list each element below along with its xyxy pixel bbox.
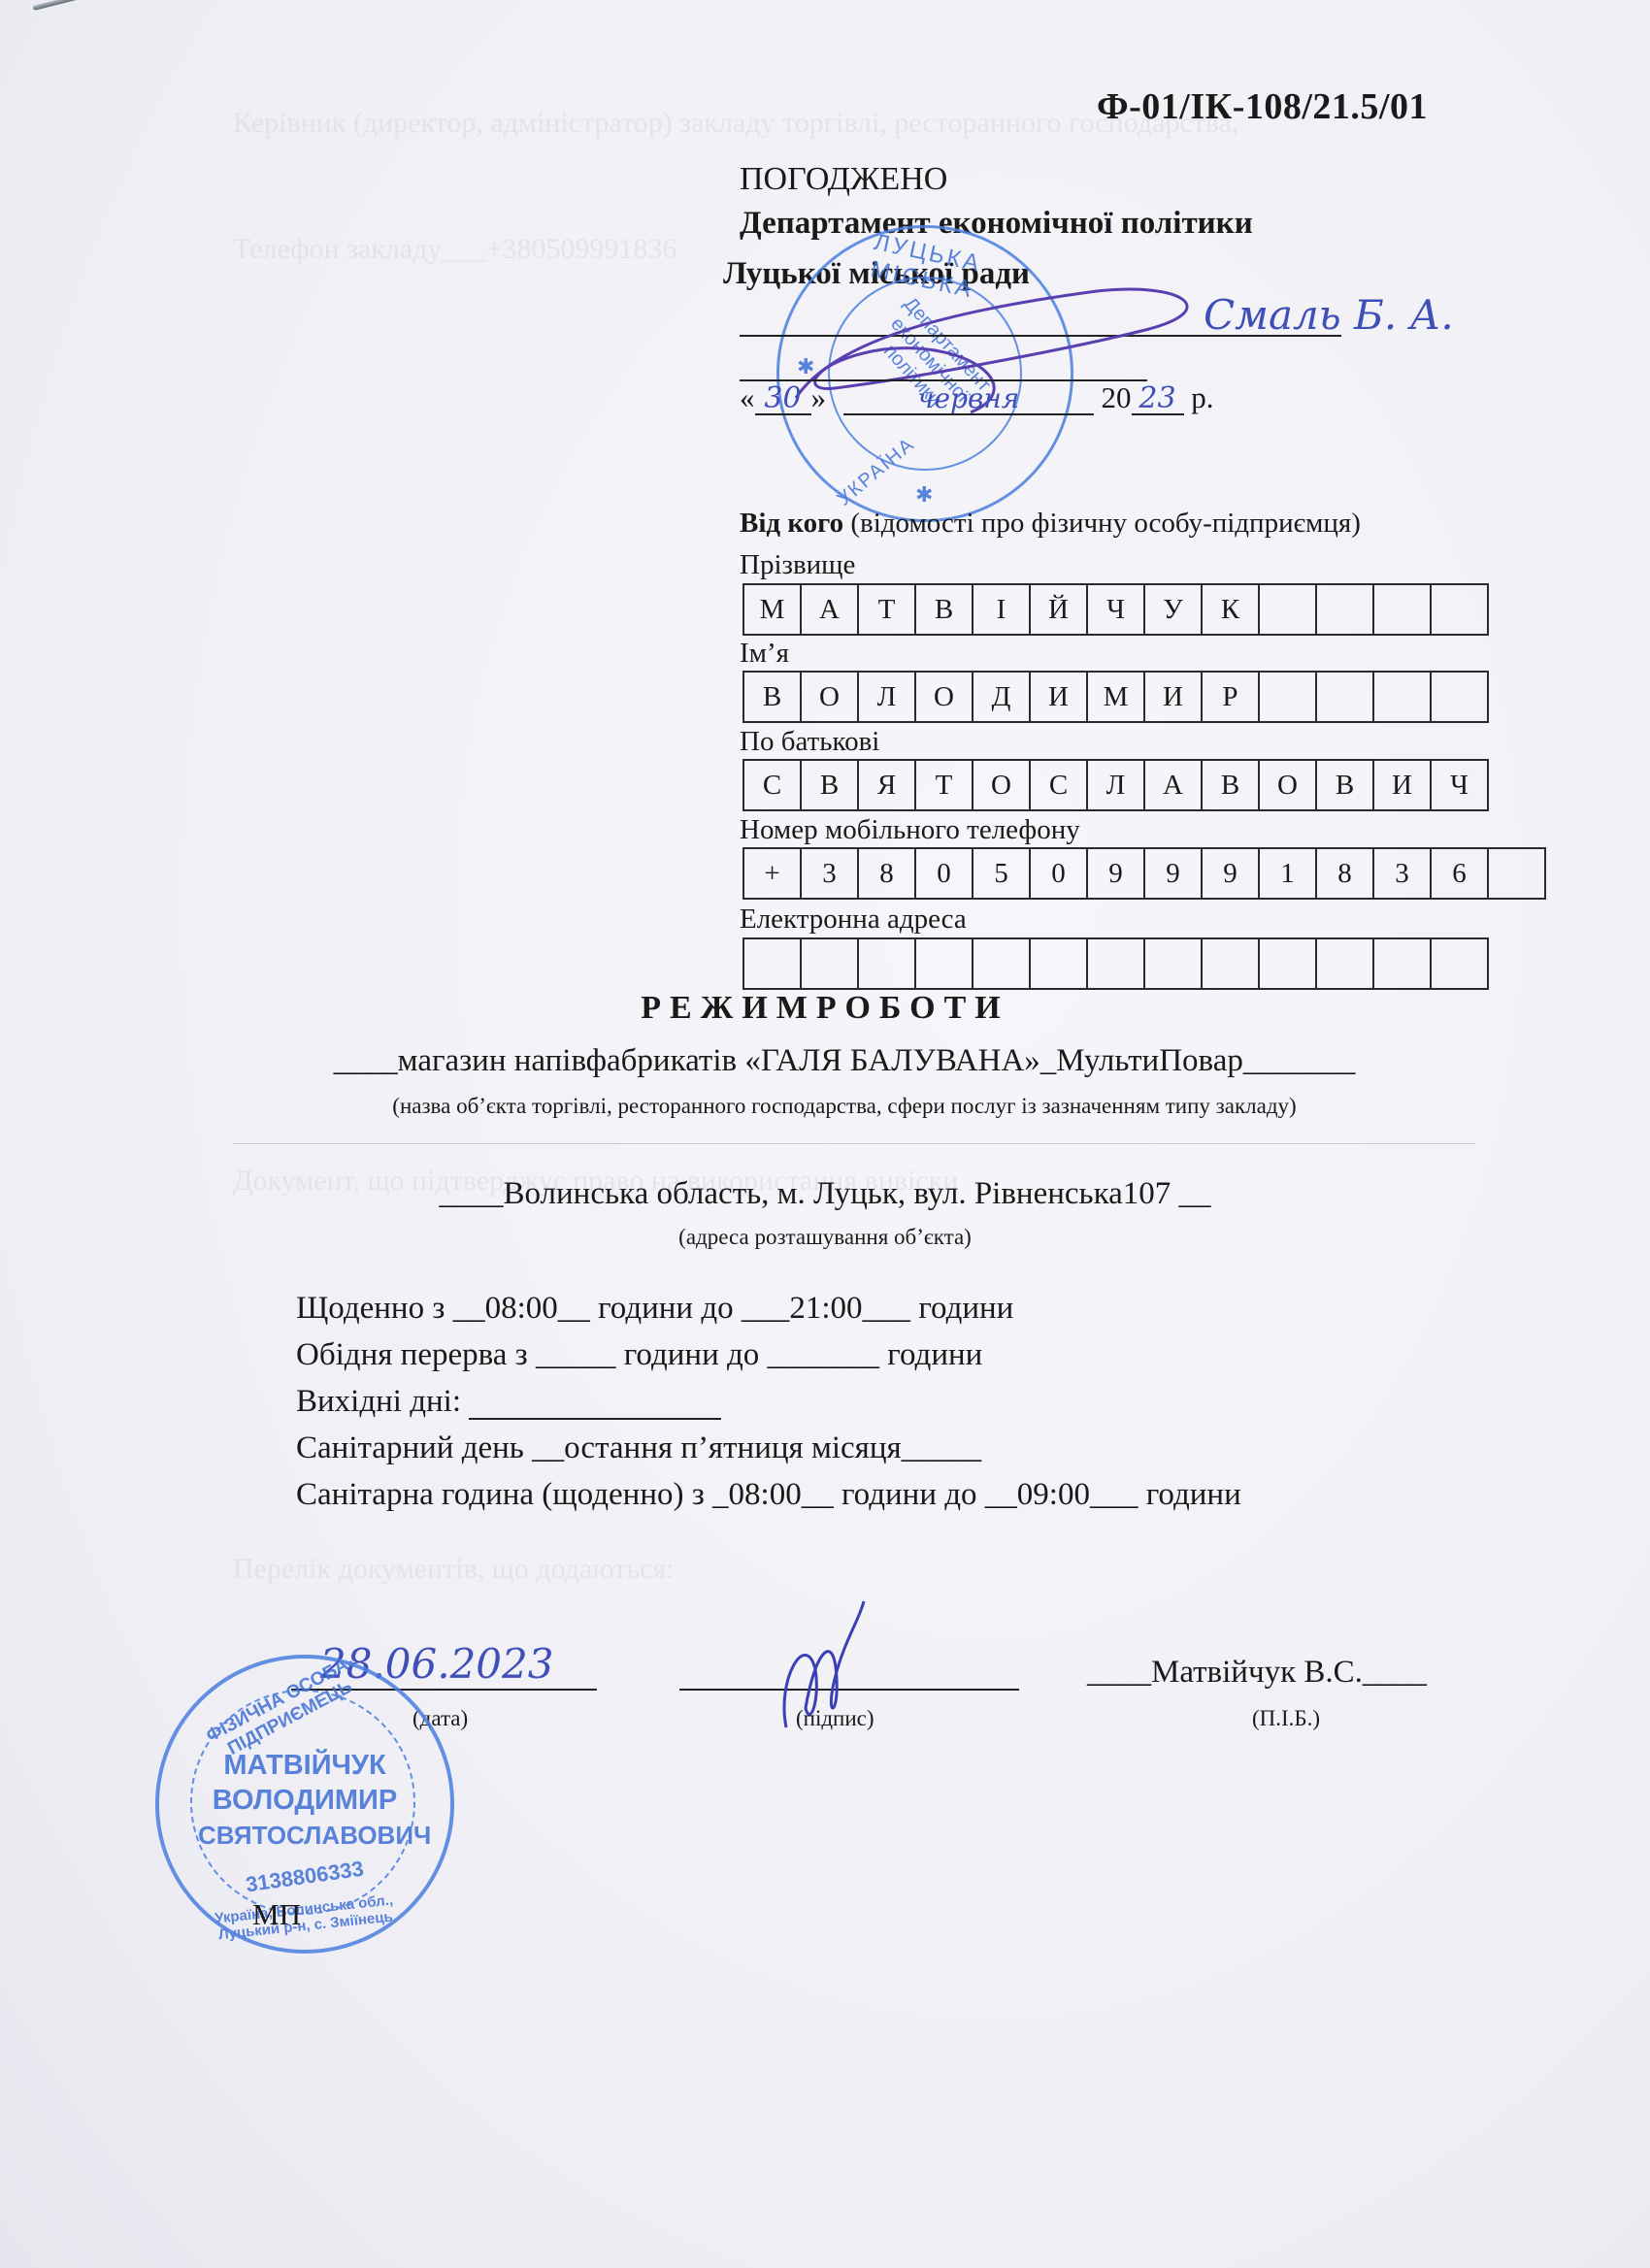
char-cell[interactable]: Ч [1430, 759, 1489, 811]
char-cell[interactable]: Д [972, 671, 1031, 723]
approval-year: 23 [1138, 381, 1175, 415]
char-cell[interactable]: + [742, 847, 802, 900]
entrepreneur-stamp: ФІЗИЧНА ОСОБА-ПІДПРИЄМЕЦЬ МАТВІЙЧУК ВОЛО… [155, 1655, 454, 1954]
char-cell[interactable] [1086, 937, 1145, 990]
sanitary-hour-to: __09:00___ [985, 1477, 1138, 1512]
char-cell[interactable]: К [1201, 583, 1260, 636]
char-cell[interactable] [914, 937, 973, 990]
char-cell[interactable]: Й [1029, 583, 1088, 636]
char-cell[interactable] [1430, 583, 1489, 636]
char-cell[interactable]: В [914, 583, 973, 636]
char-cell[interactable] [1372, 583, 1432, 636]
char-cell[interactable] [1315, 671, 1374, 723]
char-cell[interactable]: Т [857, 583, 916, 636]
char-cell[interactable] [1430, 937, 1489, 990]
name-field[interactable]: ВОЛОДИМИР [742, 671, 1489, 723]
approval-date: «30» червня 2023 р. [740, 380, 1214, 415]
object-address: ____Волинська область, м. Луцьк, вул. Рі… [0, 1176, 1650, 1212]
daily-open-time: __08:00__ [453, 1291, 590, 1326]
bleed-through-text: Перелік документів, що додаються: [233, 1553, 675, 1586]
lunch-to: _______ [768, 1337, 880, 1372]
bleed-through-text: Телефон закладу___+380509991836 [233, 233, 676, 266]
char-cell[interactable]: О [1258, 759, 1317, 811]
form-code: Ф-01/ІК-108/21.5/01 [1097, 85, 1428, 128]
char-cell[interactable]: В [742, 671, 802, 723]
full-name-label: (П.І.Б.) [1252, 1706, 1320, 1731]
char-cell[interactable]: Я [857, 759, 916, 811]
seal-place-label: МП [252, 1897, 301, 1932]
char-cell[interactable] [1258, 937, 1317, 990]
surname-field[interactable]: МАТВІЙЧУК [742, 583, 1489, 636]
char-cell[interactable]: И [1372, 759, 1432, 811]
char-cell[interactable]: О [914, 671, 973, 723]
star-icon: ✱ [915, 482, 933, 508]
char-cell[interactable]: 3 [800, 847, 859, 900]
days-off: Вихідні дні: [296, 1384, 721, 1420]
char-cell[interactable]: Ч [1086, 583, 1145, 636]
char-cell[interactable]: В [1201, 759, 1260, 811]
email-field[interactable] [742, 937, 1489, 990]
char-cell[interactable]: Л [857, 671, 916, 723]
surname-label: Прізвище [740, 549, 855, 581]
sanitary-day: Санітарний день __остання п’ятниця місяц… [296, 1430, 981, 1466]
char-cell[interactable]: 8 [1315, 847, 1374, 900]
char-cell[interactable]: И [1143, 671, 1203, 723]
object-name: ____магазин напівфабрикатів «ГАЛЯ БАЛУВА… [19, 1043, 1650, 1079]
patronymic-label: По батькові [740, 726, 879, 758]
char-cell[interactable]: 0 [1029, 847, 1088, 900]
char-cell[interactable] [1143, 937, 1203, 990]
char-cell[interactable]: О [800, 671, 859, 723]
char-cell[interactable] [972, 937, 1031, 990]
char-cell[interactable]: В [800, 759, 859, 811]
phone-label: Номер мобільного телефону [740, 814, 1080, 846]
char-cell[interactable]: А [800, 583, 859, 636]
char-cell[interactable]: 3 [1372, 847, 1432, 900]
char-cell[interactable] [742, 937, 802, 990]
stamp-owner-name: МАТВІЙЧУК ВОЛОДИМИР СВЯТОСЛАВОВИЧ [198, 1748, 412, 1853]
char-cell[interactable]: М [742, 583, 802, 636]
char-cell[interactable] [1258, 583, 1317, 636]
char-cell[interactable]: С [1029, 759, 1088, 811]
work-mode-heading: РЕЖИМРОБОТИ [0, 990, 1650, 1027]
patronymic-field[interactable]: СВЯТОСЛАВОВИЧ [742, 759, 1489, 811]
char-cell[interactable] [1258, 671, 1317, 723]
lunch-break: Обідня перерва з _____ години до _______… [296, 1337, 982, 1373]
char-cell[interactable]: 0 [914, 847, 973, 900]
char-cell[interactable]: 9 [1201, 847, 1260, 900]
char-cell[interactable]: 5 [972, 847, 1031, 900]
char-cell[interactable] [1430, 671, 1489, 723]
char-cell[interactable] [800, 937, 859, 990]
approval-department-line1: Департамент економічної політики [740, 206, 1253, 242]
applicant-full-name: ____Матвійчук В.С.____ [1087, 1655, 1427, 1691]
signature-label: (підпис) [796, 1706, 874, 1731]
char-cell[interactable]: 1 [1258, 847, 1317, 900]
char-cell[interactable]: С [742, 759, 802, 811]
approval-title: ПОГОДЖЕНО [740, 161, 947, 198]
char-cell[interactable]: 9 [1086, 847, 1145, 900]
char-cell[interactable] [1487, 847, 1546, 900]
approval-day: 30 [764, 381, 801, 415]
char-cell[interactable]: У [1143, 583, 1203, 636]
daily-close-time: ___21:00___ [742, 1291, 910, 1326]
char-cell[interactable]: А [1143, 759, 1203, 811]
char-cell[interactable]: 9 [1143, 847, 1203, 900]
approval-month: червня [917, 382, 1019, 414]
sanitary-hour: Санітарна година (щоденно) з _08:00__ го… [296, 1477, 1241, 1513]
char-cell[interactable]: 6 [1430, 847, 1489, 900]
char-cell[interactable]: 8 [857, 847, 916, 900]
char-cell[interactable] [1315, 583, 1374, 636]
bleed-through-text: Керівник (директор, адміністратор) закла… [233, 107, 1238, 140]
object-address-note: (адреса розташування об’єкта) [0, 1225, 1650, 1250]
char-cell[interactable]: М [1086, 671, 1145, 723]
lunch-from: _____ [536, 1337, 616, 1372]
char-cell[interactable] [857, 937, 916, 990]
char-cell[interactable] [1372, 937, 1432, 990]
sanitary-hour-from: _08:00__ [712, 1477, 834, 1512]
char-cell[interactable]: Т [914, 759, 973, 811]
char-cell[interactable]: Л [1086, 759, 1145, 811]
phone-field[interactable]: +380509991836 [742, 847, 1546, 900]
days-off-value [469, 1389, 721, 1420]
char-cell[interactable]: В [1315, 759, 1374, 811]
object-name-note: (назва об’єкта торгівлі, ресторанного го… [19, 1094, 1650, 1119]
name-label: Ім’я [740, 638, 789, 670]
char-cell[interactable]: І [972, 583, 1031, 636]
char-cell[interactable]: О [972, 759, 1031, 811]
char-cell[interactable]: И [1029, 671, 1088, 723]
email-label: Електронна адреса [740, 904, 967, 936]
char-cell[interactable] [1029, 937, 1088, 990]
sanitary-day-value: __остання п’ятниця місяця_____ [532, 1430, 981, 1465]
char-cell[interactable] [1372, 671, 1432, 723]
char-cell[interactable] [1201, 937, 1260, 990]
char-cell[interactable]: Р [1201, 671, 1260, 723]
char-cell[interactable] [1315, 937, 1374, 990]
applicant-section-title: Від кого (відомості про фізичну особу-пі… [740, 508, 1361, 540]
blank-line [233, 1143, 1475, 1144]
daily-hours: Щоденно з __08:00__ години до ___21:00__… [296, 1291, 1013, 1327]
